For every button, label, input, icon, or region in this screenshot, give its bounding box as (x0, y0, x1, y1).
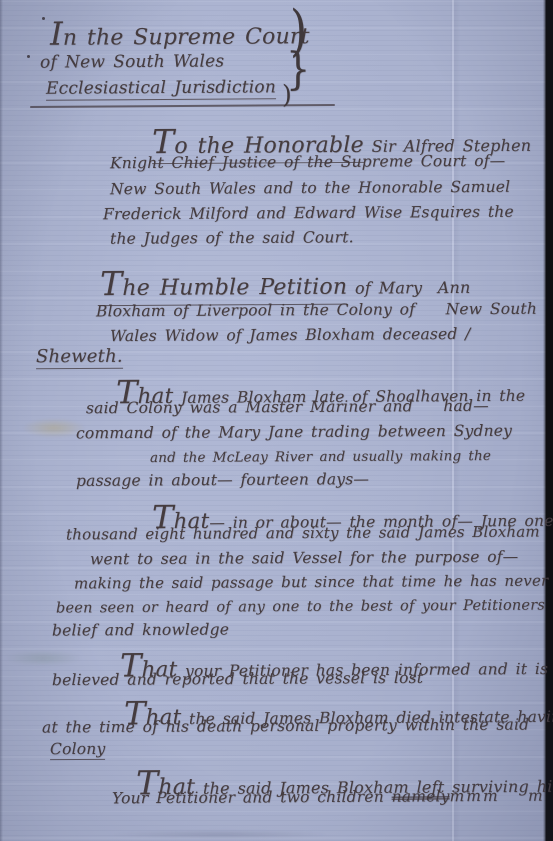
salutation-line-4: Frederick Milford and Edward Wise Esquir… (103, 203, 514, 225)
paragraph-5-line-2: Your Petitioner and two children namelym… (112, 787, 545, 809)
sheweth-label: Sheweth. (36, 346, 123, 369)
paragraph-2-line-5: been seen or heard of any one to the bes… (56, 597, 545, 618)
salutation-line-2: Knight Chief Justice of the Supreme Cour… (110, 152, 505, 174)
paragraph-4-line-2: at the time of his death personal proper… (42, 716, 529, 738)
paragraph-1-line-3: command of the Mary Jane trading between… (76, 422, 512, 444)
ink-speck (42, 17, 45, 20)
line-filler-squiggle: mmm m (450, 787, 545, 806)
paragraph-4-line-3: Colony (50, 740, 106, 760)
paragraph-2-line-3: went to sea in the said Vessel for the p… (90, 548, 518, 570)
petition-title-lead: The Humble Petition (100, 262, 347, 307)
manuscript-page: In the Supreme Court of New South Wales … (0, 0, 553, 841)
heading-line-3-text: Ecclesiastical Jurisdiction (46, 77, 276, 100)
paragraph-5-line-2-text: Your Petitioner and two children (112, 788, 392, 808)
ink-smudge (4, 650, 82, 666)
paragraph-2-line-6: belief and knowledge (52, 620, 229, 640)
paragraph-1-line-4: and the McLeay River and usually making … (150, 448, 491, 467)
paper-smudge (110, 830, 330, 839)
salutation-line-5: the Judges of the said Court. (110, 228, 354, 249)
petition-title-line-2: Bloxham of Liverpool in the Colony of Ne… (96, 300, 537, 322)
paragraph-1-line-5: passage in about— fourteen days— (76, 470, 369, 491)
sheweth-text: Sheweth. (36, 346, 123, 370)
paragraph-4-line-3-text: Colony (50, 740, 106, 760)
heading-line-1: In the Supreme Court (50, 13, 310, 54)
heading-line-2: of New South Wales (40, 51, 224, 73)
ink-speck (27, 55, 30, 58)
petition-title-line-3: Wales Widow of James Bloxham deceased / (110, 325, 471, 347)
struck-word: namely (392, 787, 450, 805)
scan-edge-left (0, 0, 3, 841)
paragraph-2-line-4: making the said passage but since that t… (74, 572, 548, 594)
salutation-line-3: New South Wales and to the Honorable Sam… (110, 178, 510, 200)
heading-line-3: Ecclesiastical Jurisdiction (46, 77, 276, 100)
paragraph-2-line-2: thousand eight hundred and sixty the sai… (66, 523, 540, 545)
paragraph-3-line-2: believed and reported that the vessel is… (52, 669, 423, 691)
petition-title-lead-rest: of Mary Ann (347, 278, 470, 298)
paragraph-1-line-2: said Colony was a Master Mariner and had… (86, 397, 489, 419)
